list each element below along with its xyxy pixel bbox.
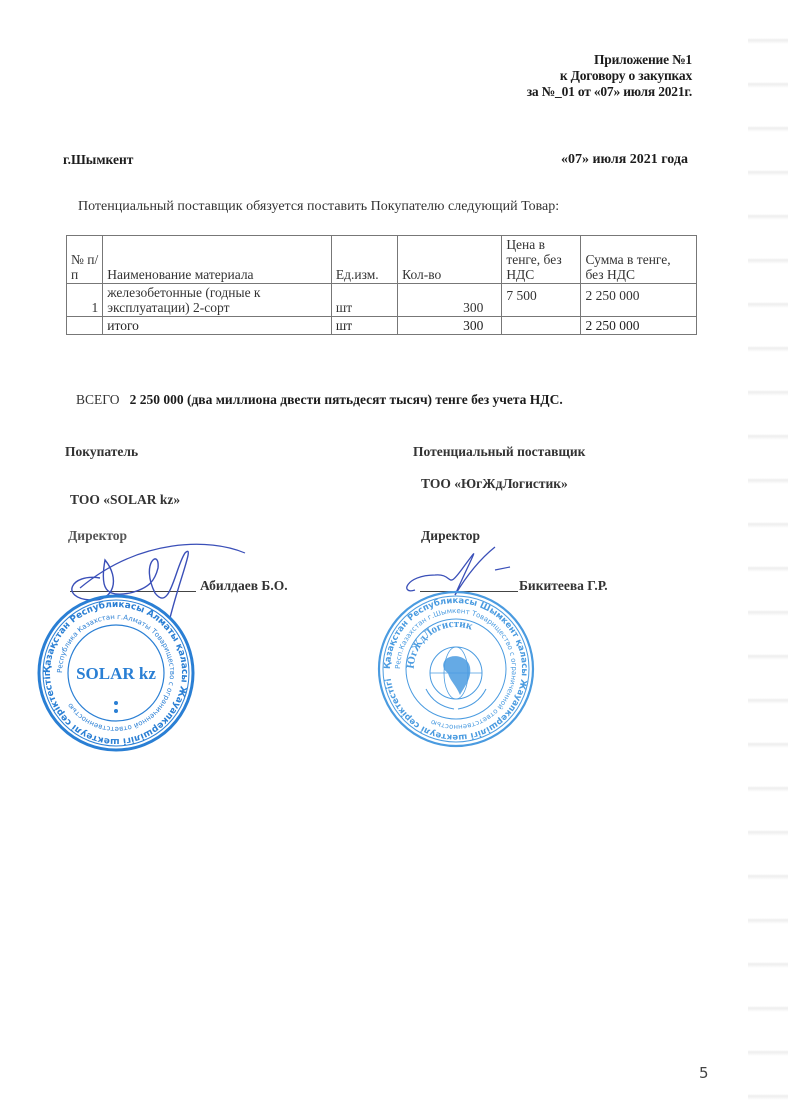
cell-sum: 2 250 000 <box>581 284 697 317</box>
cell-total-label: итого <box>103 317 332 335</box>
scan-noise <box>748 0 788 1115</box>
cell-total-qty: 300 <box>398 317 502 335</box>
cell-total-sum: 2 250 000 <box>581 317 697 335</box>
col-header-price: Цена в тенге, без НДС <box>502 236 581 284</box>
cell-total-price <box>502 317 581 335</box>
supplier-position: Директор <box>421 528 480 544</box>
supplier-stamp: Қазақстан Республикасы Шымкент қаласы Жа… <box>376 589 536 749</box>
goods-table: № п/п Наименование материала Ед.изм. Кол… <box>66 235 697 335</box>
table-row: 1 железобетонные (годные к эксплуатации)… <box>67 284 697 317</box>
col-header-num: № п/п <box>67 236 103 284</box>
buyer-company: ТОО «SOLAR kz» <box>70 492 180 508</box>
annex-header: Приложение №1 к Договору о закупках за №… <box>527 52 692 100</box>
buyer-role: Покупатель <box>65 444 138 460</box>
table-total-row: итого шт 300 2 250 000 <box>67 317 697 335</box>
supplier-company: ТОО «ЮгЖдЛогистик» <box>421 476 568 492</box>
buyer-stamp-name: SOLAR kz <box>76 664 156 683</box>
col-header-unit: Ед.изм. <box>331 236 397 284</box>
document-date: «07» июля 2021 года <box>561 152 688 168</box>
page-number: 5 <box>699 1064 709 1082</box>
cell-num: 1 <box>67 284 103 317</box>
annex-title: Приложение №1 <box>527 52 692 68</box>
cell-unit: шт <box>331 284 397 317</box>
col-header-name: Наименование материала <box>103 236 332 284</box>
cell-name: железобетонные (годные к эксплуатации) 2… <box>103 284 332 317</box>
intro-text: Потенциальный поставщик обязуется постав… <box>78 199 559 215</box>
table-header-row: № п/п Наименование материала Ед.изм. Кол… <box>67 236 697 284</box>
annex-contract-ref: к Договору о закупках <box>527 68 692 84</box>
annex-contract-date: за №_01 от «07» июля 2021г. <box>527 84 692 100</box>
cell-total-num <box>67 317 103 335</box>
cell-qty: 300 <box>398 284 502 317</box>
grand-total-words: (два миллиона двести пятьдесят тысяч) те… <box>187 392 563 407</box>
buyer-stamp: Қазақстан Республикасы Алматы қаласы Жау… <box>36 593 196 753</box>
col-header-sum: Сумма в тенге, без НДС <box>581 236 697 284</box>
col-header-qty: Кол-во <box>398 236 502 284</box>
cell-price: 7 500 <box>502 284 581 317</box>
city: г.Шымкент <box>63 152 133 168</box>
grand-total-lead: ВСЕГО <box>76 392 119 407</box>
cell-total-unit: шт <box>331 317 397 335</box>
supplier-role: Потенциальный поставщик <box>413 444 585 460</box>
grand-total: ВСЕГО 2 250 000 (два миллиона двести пят… <box>76 392 563 408</box>
globe-icon <box>430 647 482 699</box>
grand-total-amount: 2 250 000 <box>130 392 184 407</box>
